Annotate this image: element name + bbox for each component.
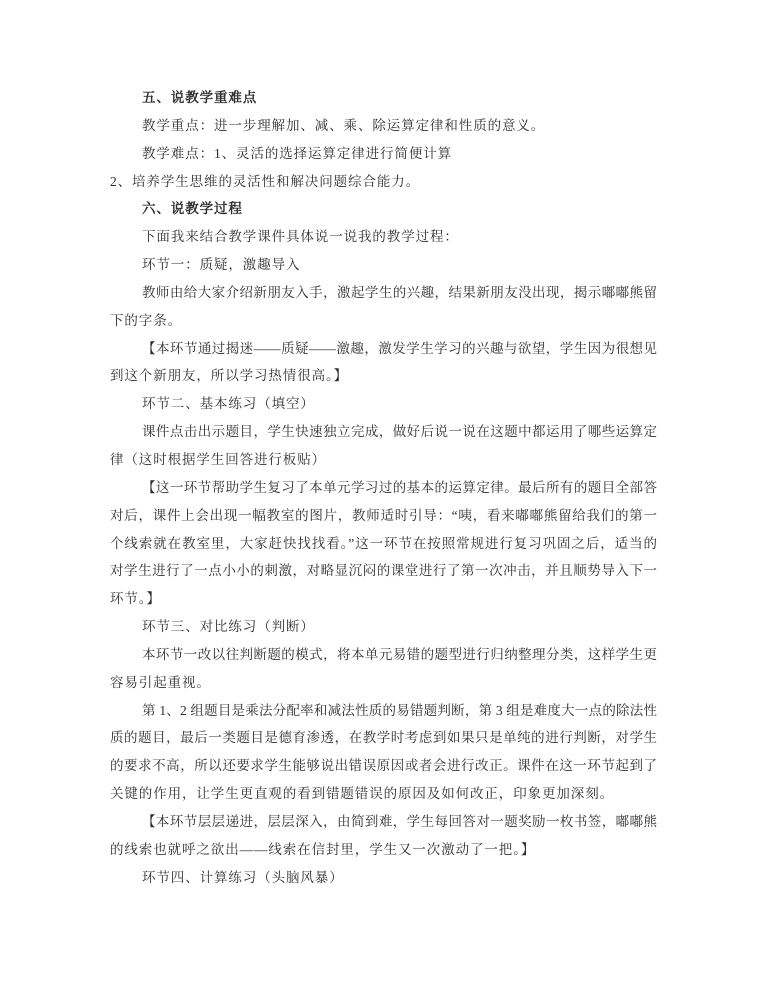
text-line: 环节二、基本练习（填空） [110,390,657,418]
text-line: 律（这时根据学生回答进行板贴） [110,446,657,474]
text-line: 质的题目，最后一类题目是德育渗透，在教学时考虑到如果只是单纯的进行判断，对学生 [110,724,657,752]
text-line: 教学重点：进一步理解加、减、乘、除运算定律和性质的意义。 [110,112,657,140]
text-line: 第 1、2 组题目是乘法分配率和减法性质的易错题判断，第 3 组是难度大一点的除… [110,697,657,725]
document-body: 五、说教学重难点 教学重点：进一步理解加、减、乘、除运算定律和性质的意义。 教学… [110,84,657,891]
text-line: 环节三、对比练习（判断） [110,613,657,641]
text-line: 本环节一改以往判断题的模式，将本单元易错的题型进行归纳整理分类，这样学生更 [110,641,657,669]
text-line: 【本环节通过揭迷——质疑——激趣，激发学生学习的兴趣与欲望，学生因为很想见 [110,335,657,363]
text-line: 【本环节层层递进，层层深入，由简到难，学生每回答对一题奖励一枚书签，嘟嘟熊 [110,808,657,836]
text-line: 关键的作用，让学生更直观的看到错题错误的原因及如何改正，印象更加深刻。 [110,780,657,808]
text-line: 个线索就在教室里，大家赶快找找看。”这一环节在按照常规进行复习巩固之后，适当的 [110,530,657,558]
text-line: 的线索也就呼之欲出——线索在信封里，学生又一次激动了一把。】 [110,836,657,864]
text-line: 下的字条。 [110,307,657,335]
text-line: 的要求不高，所以还要求学生能够说出错误原因或者会进行改正。课件在这一环节起到了 [110,752,657,780]
section-heading: 五、说教学重难点 [110,84,657,112]
text-line: 【这一环节帮助学生复习了本单元学习过的基本的运算定律。最后所有的题目全部答 [110,474,657,502]
text-line: 教学难点：1、灵活的选择运算定律进行简便计算 [110,140,657,168]
text-line: 对后，课件上会出现一幅教室的图片，教师适时引导：“咦，看来嘟嘟熊留给我们的第一 [110,502,657,530]
text-line: 课件点击出示题目，学生快速独立完成，做好后说一说在这题中都运用了哪些运算定 [110,418,657,446]
text-line: 容易引起重视。 [110,669,657,697]
text-line: 环节四、计算练习（头脑风暴） [110,864,657,892]
document-page: 五、说教学重难点 教学重点：进一步理解加、减、乘、除运算定律和性质的意义。 教学… [0,0,770,1000]
text-line: 下面我来结合教学课件具体说一说我的教学过程： [110,223,657,251]
text-line: 到这个新朋友，所以学习热情很高。】 [110,362,657,390]
section-heading: 六、说教学过程 [110,195,657,223]
text-line: 环节一：质疑，激趣导入 [110,251,657,279]
text-line: 对学生进行了一点小小的刺激，对略显沉闷的课堂进行了第一次冲击，并且顺势导入下一 [110,557,657,585]
text-line: 2、培养学生思维的灵活性和解决问题综合能力。 [110,168,657,196]
text-line: 教师由给大家介绍新朋友入手，激起学生的兴趣，结果新朋友没出现，揭示嘟嘟熊留 [110,279,657,307]
text-line: 环节。】 [110,585,657,613]
